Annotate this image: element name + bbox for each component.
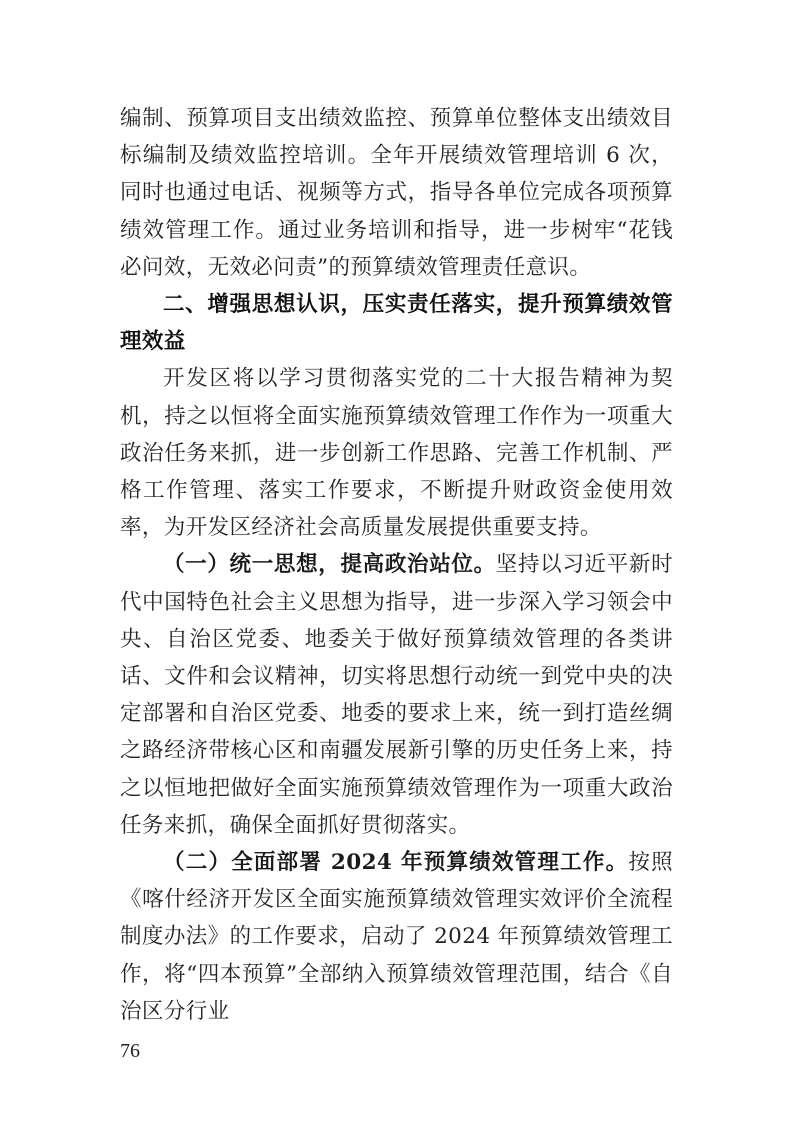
body-paragraph-continued: 编制、预算项目支出绩效监控、预算单位整体支出绩效目标编制及绩效监控培训。全年开展… <box>120 100 673 286</box>
subsection-title: （一）统一思想，提高政治站位。 <box>163 552 496 577</box>
page-number: 76 <box>120 1040 140 1063</box>
subsection-paragraph-2: （二）全面部署 2024 年预算绩效管理工作。按照《喀什经济开发区全面实施预算绩… <box>120 844 673 1030</box>
body-paragraph: 开发区将以学习贯彻落实党的二十大报告精神为契机，持之以恒将全面实施预算绩效管理工… <box>120 360 673 546</box>
document-page: 编制、预算项目支出绩效监控、预算单位整体支出绩效目标编制及绩效监控培训。全年开展… <box>120 100 673 1030</box>
section-heading: 二、增强思想认识，压实责任落实，提升预算绩效管理效益 <box>120 286 673 360</box>
subsection-title: （二）全面部署 2024 年预算绩效管理工作。 <box>163 850 628 875</box>
subsection-paragraph-1: （一）统一思想，提高政治站位。坚持以习近平新时代中国特色社会主义思想为指导，进一… <box>120 546 673 844</box>
subsection-text: 坚持以习近平新时代中国特色社会主义思想为指导，进一步深入学习领会中央、自治区党委… <box>120 552 673 837</box>
subsection-text: 按照《喀什经济开发区全面实施预算绩效管理实效评价全流程制度办法》的工作要求，启动… <box>120 850 673 1024</box>
